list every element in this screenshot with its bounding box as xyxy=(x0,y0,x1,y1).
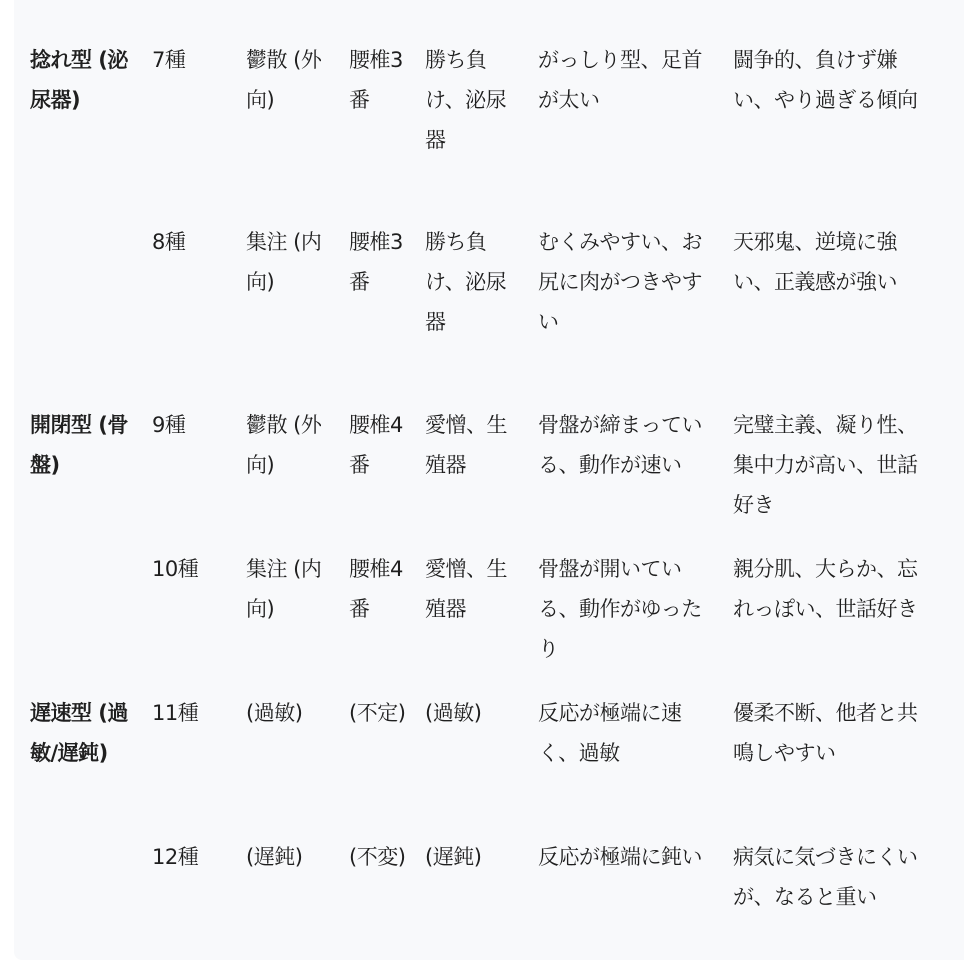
cell-body: 反応が極端に鈍い xyxy=(538,837,718,877)
cell-personality: 完璧主義、凝り性、集中力が高い、世話好き xyxy=(733,405,937,525)
cell-personality: 優柔不断、他者と共鳴しやすい xyxy=(733,693,937,773)
cell-direction: 集注 (内向) xyxy=(246,549,322,629)
cell-kind: 12種 xyxy=(152,837,232,877)
cell-personality: 天邪鬼、逆境に強い、正義感が強い xyxy=(733,222,937,302)
cell-organ: (遅鈍) xyxy=(425,837,521,877)
cell-body: 骨盤が締まっている、動作が速い xyxy=(538,405,718,485)
cell-organ: (過敏) xyxy=(425,693,521,733)
cell-organ: 愛憎、生殖器 xyxy=(425,549,521,629)
cell-vertebra: 腰椎4番 xyxy=(349,405,407,485)
cell-personality: 闘争的、負けず嫌い、やり過ぎる傾向 xyxy=(733,40,937,120)
cell-kind: 10種 xyxy=(152,549,232,589)
cell-body: 反応が極端に速く、過敏 xyxy=(538,693,718,773)
cell-vertebra: (不定) xyxy=(349,693,407,733)
cell-body: むくみやすい、お尻に肉がつきやすい xyxy=(538,222,718,342)
cell-vertebra: 腰椎3番 xyxy=(349,222,407,302)
cell-kind: 11種 xyxy=(152,693,232,733)
cell-vertebra: (不変) xyxy=(349,837,407,877)
cell-organ: 愛憎、生殖器 xyxy=(425,405,521,485)
cell-type: 捻れ型 (泌尿器) xyxy=(30,40,130,120)
cell-personality: 親分肌、大らか、忘れっぽい、世話好き xyxy=(733,549,937,629)
cell-personality: 病気に気づきにくいが、なると重い xyxy=(733,837,937,917)
cell-direction: 集注 (内向) xyxy=(246,222,322,302)
cell-direction: (遅鈍) xyxy=(246,837,322,877)
cell-direction: 鬱散 (外向) xyxy=(246,405,322,485)
cell-body: がっしり型、足首が太い xyxy=(538,40,718,120)
cell-direction: 鬱散 (外向) xyxy=(246,40,322,120)
cell-body: 骨盤が開いている、動作がゆったり xyxy=(538,549,718,669)
cell-vertebra: 腰椎4番 xyxy=(349,549,407,629)
cell-vertebra: 腰椎3番 xyxy=(349,40,407,120)
cell-kind: 8種 xyxy=(152,222,232,262)
cell-type: 開閉型 (骨盤) xyxy=(30,405,130,485)
cell-organ: 勝ち負け、泌尿器 xyxy=(425,222,521,342)
cell-kind: 9種 xyxy=(152,405,232,445)
cell-direction: (過敏) xyxy=(246,693,322,733)
cell-kind: 7種 xyxy=(152,40,232,80)
cell-organ: 勝ち負け、泌尿器 xyxy=(425,40,521,160)
cell-type: 遅速型 (過敏/遅鈍) xyxy=(30,693,130,773)
table-panel: 捻れ型 (泌尿器) 7種 鬱散 (外向) 腰椎3番 勝ち負け、泌尿器 がっしり型… xyxy=(14,0,964,960)
